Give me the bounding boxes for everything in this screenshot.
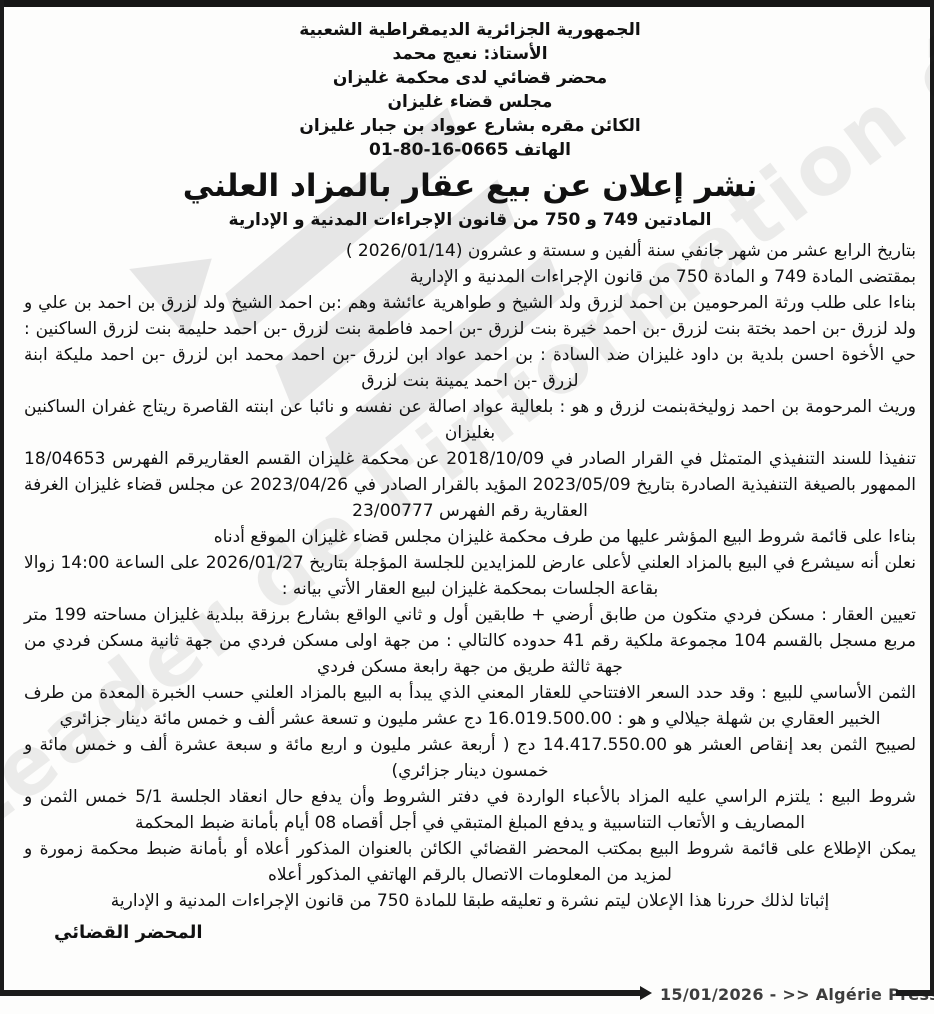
frame-right-border: [930, 0, 934, 994]
footer-rule-left: [0, 990, 642, 996]
paragraph-sale-conditions-list: بناءا على قائمة شروط البيع المؤشر عليها …: [24, 524, 916, 550]
paragraph-heir-deceased: وريث المرحومة بن احمد زوليخةبنمت لزرق و …: [24, 394, 916, 446]
paragraph-auction-session: نعلن أنه سيشرع في البيع بالمزاد العلني ل…: [24, 550, 916, 602]
header-republic-line: الجمهورية الجزائرية الديمقراطية الشعبية: [24, 18, 916, 42]
header-phone: الهاتف 0665-16-80-01: [24, 138, 916, 162]
header-court-council: مجلس قضاء غليزان: [24, 90, 916, 114]
frame-top-border: [0, 0, 934, 7]
header-bailiff-title: محضر قضائي لدى محكمة غليزان: [24, 66, 916, 90]
paragraph-legal-basis: بمقتضى المادة 749 و المادة 750 من قانون …: [24, 264, 916, 290]
paragraph-sale-terms: شروط البيع : يلتزم الراسي عليه المزاد با…: [24, 784, 916, 836]
paragraph-reduced-price: لصيبح الثمن بعد إنقاص العشر هو 14.417.55…: [24, 732, 916, 784]
footer-corner-bracket: [896, 990, 934, 996]
notice-content: الجمهورية الجزائرية الديمقراطية الشعبية …: [6, 8, 928, 946]
frame-left-border: [0, 0, 4, 994]
paragraph-consultation-info: يمكن الإطلاع على قائمة شروط البيع بمكتب …: [24, 836, 916, 888]
paragraph-writ-execution: تنفيذا للسند التنفيذي المتمثل في القرار …: [24, 446, 916, 524]
paragraph-attestation: إثباتا لذلك حررنا هذا الإعلان ليتم نشرة …: [24, 888, 916, 914]
footer-arrow-tip: [640, 986, 652, 1000]
notice-title: نشر إعلان عن بيع عقار بالمزاد العلني: [24, 164, 916, 208]
paragraph-base-price: الثمن الأساسي للبيع : وقد حدد السعر الاف…: [24, 680, 916, 732]
notice-subtitle: المادتين 749 و 750 من قانون الإجراءات ال…: [24, 208, 916, 232]
legal-notice-scan: Leader de l'information économique الجمه…: [0, 0, 934, 1014]
paragraph-date: بتاريخ الرابع عشر من شهر جانفي سنة ألفين…: [24, 238, 916, 264]
header-bailiff-name: الأستاذ: نعيج محمد: [24, 42, 916, 66]
paragraph-heirs-request: بناءا على طلب ورثة المرحومين بن احمد لزر…: [24, 290, 916, 394]
signature-judicial-bailiff: المحضر القضائي: [24, 920, 916, 946]
notice-body: بتاريخ الرابع عشر من شهر جانفي سنة ألفين…: [24, 238, 916, 914]
footer-date-source: 15/01/2026 - >> Algérie Presse: [660, 985, 934, 1004]
header-office-address: الكائن مقره بشارع عوواد بن جبار غليزان: [24, 114, 916, 138]
paragraph-property-designation: تعيين العقار : مسكن فردي متكون من طابق أ…: [24, 602, 916, 680]
